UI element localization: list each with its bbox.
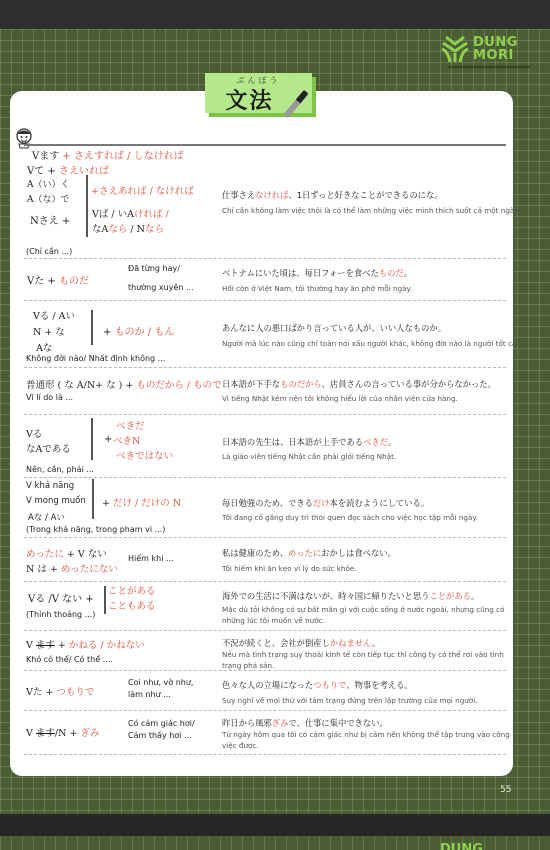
meaning: (Chỉ cần ...) [26,247,72,256]
plus: + [104,434,112,445]
pattern-line: V khả năng [26,481,74,491]
entry-divider [24,300,506,301]
example-jp: 毎日勉強のため、できるだけ本を読むようにしている。 [222,497,429,509]
example-vi: Tôi hiếm khi ăn kẹo vì lý do sức khỏe. [222,564,357,573]
pattern-line: Aな / Aい [28,511,65,523]
pattern: + だけ / だけの N [102,495,181,509]
bracket-line [92,479,94,519]
example-jp: 仕事さえなければ、1日ずっと好きなことができるのにな。 [222,189,443,201]
viewer-top-bar [0,0,550,29]
example-jp: 日本語の先生は、日本語が上手であるべきだ。 [222,436,396,448]
pattern-branch: Vば / いAければ / [92,206,169,220]
example-jp: 私は健康のため、めったにおかしは食べない。 [222,547,396,559]
example-vi: Tôi đang cố gắng duy trì thói quen đọc s… [222,513,478,522]
bracket-line [91,310,93,345]
option: べきではない [116,448,173,462]
example-vi: trạng phá sản. [222,661,274,670]
header-rule [24,144,506,146]
pattern: 普通形 ( な A/N+ な ) + ものだから / もので [26,377,222,391]
example-jp: 日本語が下手なものだから、店員さんの言っている事が分からなかった。 [222,378,496,390]
brand-line-2: MORI [473,49,518,62]
option: べきだ [116,418,145,432]
pattern-line: A（い）く [27,177,70,190]
page-number: 55 [500,785,511,795]
pattern: V ます + かねる / かねない [26,637,145,651]
example-vi: Suy nghĩ về mọi thứ với tâm trạng đứng t… [222,696,478,705]
meaning: Cảm thấy hơi ... [128,731,192,740]
pattern-line: Aな [36,340,52,354]
example-jp: 不況が続くと、会社が倒産しかねません。 [222,637,380,649]
pattern: + ものか / もん [103,323,174,338]
entry-divider [24,581,506,582]
pattern-line: N は + めったにない [26,561,118,575]
bracket-line [86,175,88,205]
pattern-line: Vる [26,426,42,440]
example-vi: Vì tiếng Nhật kém nên tôi không hiểu lời… [222,394,458,403]
meaning: Hiếm khi ... [128,554,174,563]
entry-divider [24,754,506,755]
next-page-brand: DUNG [440,842,483,850]
logo-mark-icon [440,35,470,63]
meaning: Không đời nào/ Nhất định không ... [26,354,165,363]
example-vi: những lúc tôi muốn về nước. [222,616,325,625]
meaning: (Trong khả năng, trong phạm vi ...) [26,525,165,534]
pattern-line: なAである [26,441,71,455]
meaning: Coi như, vờ như, [128,678,193,687]
example-vi: việc được. [222,741,259,750]
entry-divider [24,537,506,538]
pattern: Vた + つもりで [26,684,94,698]
pattern-branch: なAなら / Nなら [92,221,164,235]
pattern-line: Nさえ + [30,212,70,227]
entry-divider [24,414,506,415]
example-vi: Người mà lúc nào cũng chỉ toàn nói xấu n… [222,339,519,348]
example-jp: ベトナムにいた頃は、毎日フォーを食べたものだ。 [222,267,412,279]
meaning: (Thỉnh thoảng ...) [26,610,95,619]
page-separator [0,814,550,836]
meaning: Có cảm giác hơi/ [128,719,195,728]
brand-logo: DUNG MORI [440,35,518,63]
entry-divider [24,477,506,478]
meaning: làm như ... [128,690,171,699]
pattern-line: Vる / Aい [33,308,75,322]
pattern-line: N + な [33,324,65,338]
bracket-line [86,205,88,237]
pattern: V ます/N + ぎみ [26,725,99,739]
meaning: thường xuyên ... [128,283,194,292]
entry-divider [24,258,506,259]
example-vi: Mặc dù tôi không có sự bất mãn gì với cu… [222,605,505,614]
entry-divider [24,367,506,368]
option: ことがある [108,583,156,597]
section-title: 文法 [205,84,294,115]
meaning: Vì lí do là ... [26,393,73,402]
example-vi: Hồi còn ở Việt Nam, tôi thường hay ăn ph… [222,284,412,293]
option: べきN [113,433,140,447]
pattern-line: V mong muốn [26,496,86,506]
brand-tagline [448,66,530,68]
example-vi: Chỉ cần không làm việc thôi là có thể là… [222,206,519,215]
example-vi: Nếu mà tình trạng suy thoái kinh tế còn … [222,650,504,659]
pattern-line: Vます + さえすれば / しなければ [32,147,184,162]
meaning: Nên, cần, phải ... [26,465,94,474]
example-jp: 海外での生活に不満はないが、時々国に帰りたいと思うことがある。 [222,590,479,602]
meaning: Khó có thể/ Có thể .... [26,655,113,664]
bracket-line [91,418,93,460]
example-jp: 昨日から風邪ぎみで、仕事に集中できない。 [222,717,388,729]
pattern: Vる /V ない + [28,590,94,605]
example-jp: あんなに人の悪口ばかり言っている人が、いい人なものか。 [222,322,446,334]
meaning: Đã từng hay/ [128,264,180,273]
entry-divider [24,630,506,631]
entry-divider [24,710,506,711]
pattern-line: めったに + V ない [26,546,107,560]
example-vi: Là giáo viên tiếng Nhật cần phải giỏi ti… [222,452,396,461]
example-jp: 色々な人の立場になったつもりで、物事を考える。 [222,679,413,691]
pattern-line: Vて + さえいれば [27,162,109,177]
pattern: Vた + ものだ [27,272,89,287]
pattern-line: A（な）で [27,192,70,205]
pattern-branch: +さえあれば / なければ [91,183,194,197]
entry-divider [24,670,506,671]
option: こともある [108,598,156,612]
bracket-line [104,586,106,614]
example-vi: Từ ngày hôm qua tôi có cảm giác như bị c… [222,730,510,739]
